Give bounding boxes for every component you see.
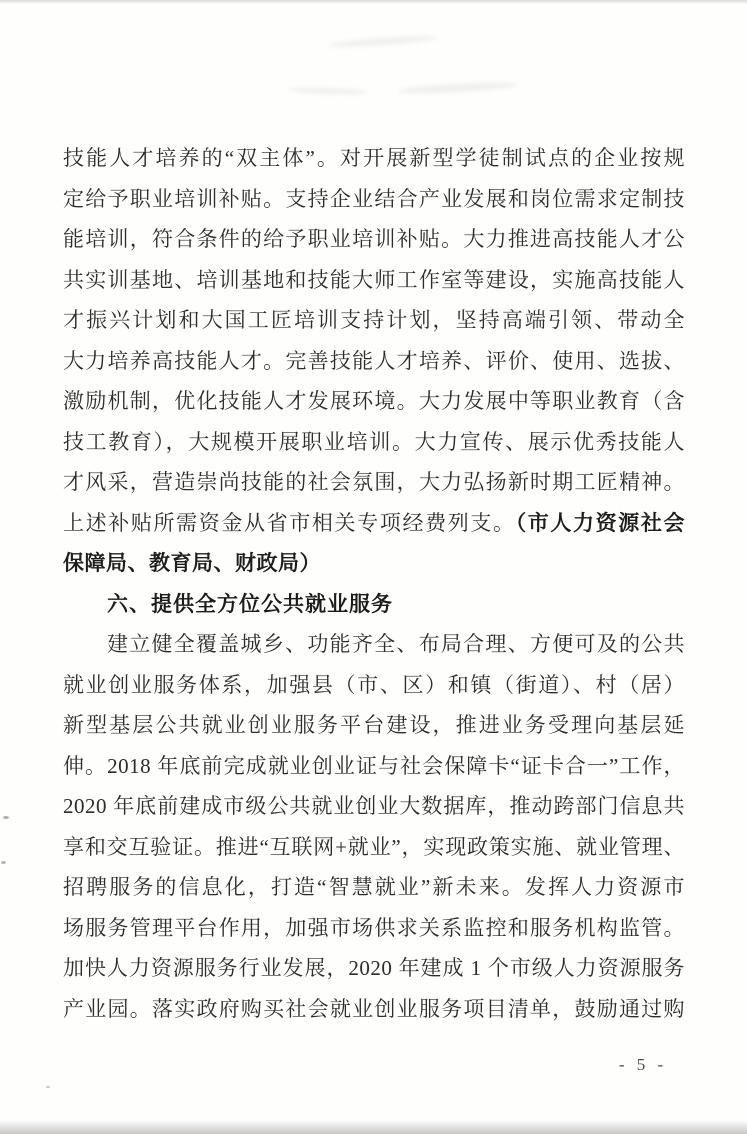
- text-line: 加快人力资源服务行业发展，2020 年建成 1 个市级人力资源服务: [63, 948, 685, 989]
- text-segment: 定给予职业培训补贴。支持企业结合产业发展和岗位需求定制技: [63, 187, 685, 211]
- text-segment: 场服务管理平台作用，加强市场供求关系监控和服务机构监管。: [63, 916, 685, 940]
- text-line: 就业创业服务体系，加强县（市、区）和镇（街道）、村（居）: [63, 665, 685, 706]
- text-line: 技能人才培养的“双主体”。对开展新型学徒制试点的企业按规: [63, 138, 685, 179]
- text-segment: 技工教育），大规模开展职业培训。大力宣传、展示优秀技能人: [63, 430, 685, 454]
- scan-speck: [46, 1086, 50, 1088]
- text-line: 保障局、教育局、财政局）: [63, 543, 685, 584]
- text-segment: 新型基层公共就业创业服务平台建设，推进业务受理向基层延: [63, 713, 685, 737]
- bold-text-segment: 六、提供全方位公共就业服务: [107, 593, 393, 616]
- document-lines: 技能人才培养的“双主体”。对开展新型学徒制试点的企业按规定给予职业培训补贴。支持…: [63, 138, 685, 1029]
- bold-text-segment: （市人力资源社会: [516, 512, 685, 535]
- scan-top-edge-shadow: [0, 0, 747, 4]
- text-line: 共实训基地、培训基地和技能大师工作室等建设，实施高技能人: [63, 260, 685, 301]
- scan-speck: [1, 861, 6, 864]
- page-number: - 5 -: [608, 1055, 678, 1075]
- scan-bottom-edge-shadow: [0, 1120, 747, 1134]
- text-segment: 伸。2018 年底前完成就业创业证与社会保障卡“证卡合一”工作，: [63, 754, 685, 778]
- text-segment: 享和交互验证。推进“互联网+就业”，实现政策实施、就业管理、: [63, 835, 685, 859]
- text-line: 才风采，营造崇尚技能的社会氛围，大力弘扬新时期工匠精神。: [63, 462, 685, 503]
- text-segment: 激励机制，优化技能人才发展环境。大力发展中等职业教育（含: [63, 389, 685, 413]
- text-line: 技工教育），大规模开展职业培训。大力宣传、展示优秀技能人: [63, 422, 685, 463]
- scan-smudge: [288, 87, 368, 96]
- text-segment: 才风采，营造崇尚技能的社会氛围，大力弘扬新时期工匠精神。: [63, 470, 685, 494]
- text-line: 激励机制，优化技能人才发展环境。大力发展中等职业教育（含: [63, 381, 685, 422]
- text-segment: 加快人力资源服务行业发展，2020 年建成 1 个市级人力资源服务: [63, 956, 685, 980]
- text-line: 2020 年底前建成市级公共就业创业大数据库，推动跨部门信息共: [63, 786, 685, 827]
- text-line: 新型基层公共就业创业服务平台建设，推进业务受理向基层延: [63, 705, 685, 746]
- text-segment: 才振兴计划和大国工匠培训支持计划，坚持高端引领、带动全局，: [63, 308, 685, 341]
- text-segment: 技能人才培养的“双主体”。对开展新型学徒制试点的企业按规: [63, 146, 685, 170]
- text-segment: 招聘服务的信息化，打造“智慧就业”新未来。发挥人力资源市: [63, 875, 685, 899]
- text-segment: 2020 年底前建成市级公共就业创业大数据库，推动跨部门信息共: [63, 794, 685, 818]
- scanned-document-page: 技能人才培养的“双主体”。对开展新型学徒制试点的企业按规定给予职业培训补贴。支持…: [0, 0, 747, 1134]
- scan-speck: [3, 816, 9, 819]
- text-line: 定给予职业培训补贴。支持企业结合产业发展和岗位需求定制技: [63, 179, 685, 220]
- text-line: 场服务管理平台作用，加强市场供求关系监控和服务机构监管。: [63, 908, 685, 949]
- text-segment: 共实训基地、培训基地和技能大师工作室等建设，实施高技能人: [63, 268, 685, 292]
- scan-smudge: [328, 34, 438, 49]
- text-segment: 就业创业服务体系，加强县（市、区）和镇（街道）、村（居）: [63, 673, 685, 697]
- text-line: 伸。2018 年底前完成就业创业证与社会保障卡“证卡合一”工作，: [63, 746, 685, 787]
- text-line: 上述补贴所需资金从省市相关专项经费列支。（市人力资源社会: [63, 503, 685, 544]
- text-segment: 大力培养高技能人才。完善技能人才培养、评价、使用、选拔、: [63, 349, 685, 373]
- scan-smudge: [398, 81, 518, 95]
- text-line: 产业园。落实政府购买社会就业创业服务项目清单，鼓励通过购: [63, 989, 685, 1030]
- bold-text-segment: 保障局、教育局、财政局）: [63, 552, 321, 575]
- text-line: 招聘服务的信息化，打造“智慧就业”新未来。发挥人力资源市: [63, 867, 685, 908]
- text-line: 能培训，符合条件的给予职业培训补贴。大力推进高技能人才公: [63, 219, 685, 260]
- text-line: 享和交互验证。推进“互联网+就业”，实现政策实施、就业管理、: [63, 827, 685, 868]
- text-line: 才振兴计划和大国工匠培训支持计划，坚持高端引领、带动全局，: [63, 300, 685, 341]
- text-line: 大力培养高技能人才。完善技能人才培养、评价、使用、选拔、: [63, 341, 685, 382]
- text-segment: 产业园。落实政府购买社会就业创业服务项目清单，鼓励通过购: [63, 997, 685, 1021]
- text-segment: 能培训，符合条件的给予职业培训补贴。大力推进高技能人才公: [63, 227, 685, 251]
- text-segment: 上述补贴所需资金从省市相关专项经费列支。: [63, 511, 516, 535]
- section-heading: 六、提供全方位公共就业服务: [63, 584, 685, 625]
- text-line: 建立健全覆盖城乡、功能齐全、布局合理、方便可及的公共: [63, 624, 685, 665]
- text-segment: 建立健全覆盖城乡、功能齐全、布局合理、方便可及的公共: [107, 632, 685, 656]
